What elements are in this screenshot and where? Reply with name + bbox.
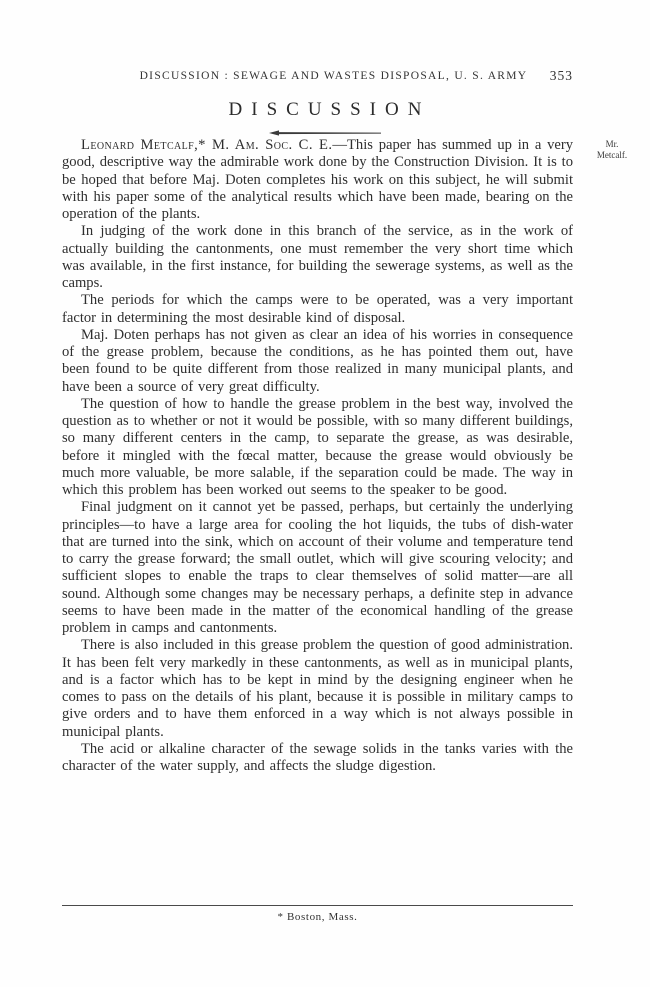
margin-note-line2: Metcalf. [597,150,627,160]
paragraph-doten-worries: Maj. Doten perhaps has not given as clea… [62,327,573,396]
margin-note-line1: Mr. [606,139,619,149]
section-title: DISCUSSION [0,99,650,121]
margin-note-speaker: Mr. Metcalf. [583,139,641,160]
paragraph-grease-question: The question of how to handle the grease… [62,396,573,500]
paragraph-administration: There is also included in this grease pr… [62,637,573,741]
running-head: DISCUSSION : SEWAGE AND WASTES DISPOSAL,… [62,70,573,82]
running-head-title: DISCUSSION : SEWAGE AND WASTES DISPOSAL,… [140,70,528,82]
paragraph-acid-alkaline: The acid or alkaline character of the se… [62,741,573,776]
paragraph-metcalf-intro: Leonard Metcalf,* M. Am. Soc. C. E.—This… [62,137,573,223]
footnote-rule [62,905,573,906]
speaker-name: Leonard Metcalf,* M. Am. Soc. C. E. [81,137,332,153]
page-number: 353 [550,68,573,84]
paragraph-camp-periods: The periods for which the camps were to … [62,292,573,327]
title-rule-ornament [0,129,650,137]
arrow-rule-icon [269,129,381,137]
document-page: DISCUSSION : SEWAGE AND WASTES DISPOSAL,… [0,0,650,987]
paragraph-judging-work: In judging of the work done in this bran… [62,223,573,292]
body-text: Leonard Metcalf,* M. Am. Soc. C. E.—This… [62,137,573,775]
footnote: * Boston, Mass. [62,911,573,923]
paragraph-final-judgment: Final judgment on it cannot yet be passe… [62,499,573,637]
